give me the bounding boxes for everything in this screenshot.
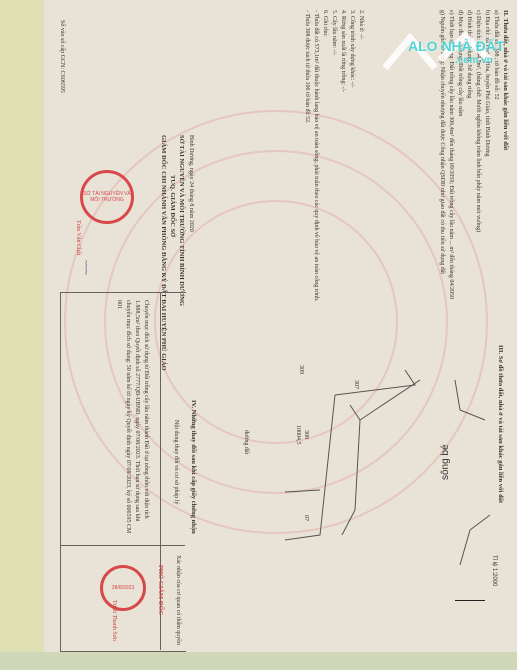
col-header-content: Nội dung thay đổi và cơ sở pháp lý — [171, 420, 180, 504]
line: - Thửa đất có 573,1m² đất thuộc hành lan… — [311, 10, 320, 302]
place-date: Bình Dương, ngày 24 tháng 8 năm 2020 — [186, 135, 195, 371]
line: 6. Ghi chú: — [320, 10, 329, 302]
official-stamp: SỞ TÀI NGUYÊN VÀ MÔI TRƯỜNG — [80, 170, 134, 224]
registry-number: Số vào sổ cấp GCN: CS06595 — [57, 20, 66, 93]
signer-name: Trần Văn Chất — [73, 220, 82, 255]
parcel-07: 07 — [301, 515, 310, 521]
watermark-brand: ALO NHÀ ĐẤT — [408, 38, 504, 54]
scan-border-left — [0, 0, 44, 670]
section-ii-more: 2. Nhà ở: -/- 3. Công trình xây dựng khá… — [302, 10, 365, 302]
signature: ~~~ — [81, 260, 90, 275]
road-label: đường đất — [241, 430, 250, 454]
confirm-signer: Trịnh Thanh Sơn — [109, 600, 118, 641]
confirm-stamp: 28/8/2023 — [100, 565, 146, 611]
line: 3. Công trình xây dựng khác: -/- — [347, 10, 356, 302]
change-entry: Chuyển mục đích sử dụng từ Đất trồng cây… — [114, 300, 150, 535]
section-iv-title: IV. Những thay đổi sau khi cấp giấy chứn… — [189, 400, 198, 534]
table-col-divider — [60, 545, 185, 546]
col-header-confirm: Xác nhận của cơ quan có thẩm quyền — [173, 555, 182, 645]
river-label: sông bé — [440, 444, 451, 480]
watermark-domain: .com.vn — [455, 55, 493, 66]
parcel-308-number: 308 — [301, 430, 310, 439]
line: 4. Rừng sản xuất là rừng trồng: -/- — [338, 10, 347, 302]
confirm-title: PHÓ GIÁM ĐỐC — [156, 565, 165, 615]
line: - Thửa 308 được tách từ thửa 106 tờ bản … — [302, 10, 311, 302]
scan-border-bottom — [0, 652, 517, 670]
parcel-map — [280, 340, 517, 570]
line: 2. Nhà ở: -/- — [356, 10, 365, 302]
parcel-307: 307 — [351, 380, 360, 389]
line: 5. Cây lâu năm: -/- — [329, 10, 338, 302]
north-arrow-icon — [455, 600, 485, 601]
parcel-309: 309 — [296, 365, 305, 374]
parcel-308-area: 10004,5 — [293, 425, 302, 445]
map-scale: Tỉ lệ 1:2000 — [489, 555, 498, 586]
